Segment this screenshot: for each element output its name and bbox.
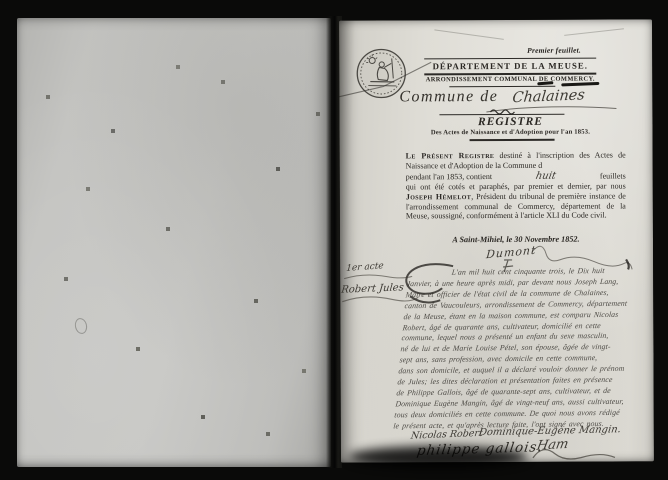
preamble-text-4: qui ont été cotés et paraphés, par premi… — [406, 181, 626, 191]
witness-signature: Nicolas Robert — [410, 428, 483, 442]
register-subtitle: Des Actes de Naissance et d'Adoption pou… — [385, 128, 637, 136]
left-blank-page — [17, 18, 331, 467]
divider-rule — [424, 73, 596, 75]
scanned-register-view: Premier feuillet. DÉPARTEMENT DE LA MEUS… — [0, 0, 668, 480]
sheet-number-label: Premier feuillet. — [527, 46, 581, 55]
register-first-page: Premier feuillet. DÉPARTEMENT DE LA MEUS… — [339, 19, 654, 462]
register-title: REGISTRE — [424, 116, 596, 129]
department-title: DÉPARTEMENT DE LA MEUSE. — [424, 61, 596, 72]
scratch-mark — [434, 29, 503, 39]
paper-speckles — [17, 18, 19, 20]
ink-smudge — [561, 82, 599, 86]
divider-rule — [470, 139, 555, 141]
official-name: Joseph Hémelot — [406, 192, 471, 201]
divider-rule — [424, 58, 596, 60]
preamble-closing: qui ont été cotés et paraphés, par premi… — [406, 181, 626, 221]
handwritten-sheet-count: huit — [535, 171, 557, 182]
commune-printed-label: Commune de — [399, 88, 498, 105]
preamble-text-2: pendant l'an 1853, contient — [406, 172, 492, 181]
act-body: L'an mil huit cent cinquante trois, le D… — [393, 265, 660, 432]
ink-ring-mark — [73, 317, 88, 335]
margin-note-name: Robert Jules — [341, 282, 405, 296]
preamble-lead: Le Présent Registre — [406, 151, 495, 160]
scratch-mark — [564, 28, 624, 36]
signature-flourish — [529, 443, 619, 463]
margin-note-underline — [342, 272, 414, 282]
ink-smudge — [537, 81, 553, 85]
preamble-opening: Le Présent Registre destiné à l'inscript… — [406, 150, 626, 171]
preamble-text-3: feuillets — [600, 171, 626, 180]
witness-signature: Dominique-Eugène Mangin. — [478, 424, 622, 438]
scan-shadow-artifact — [348, 446, 528, 468]
